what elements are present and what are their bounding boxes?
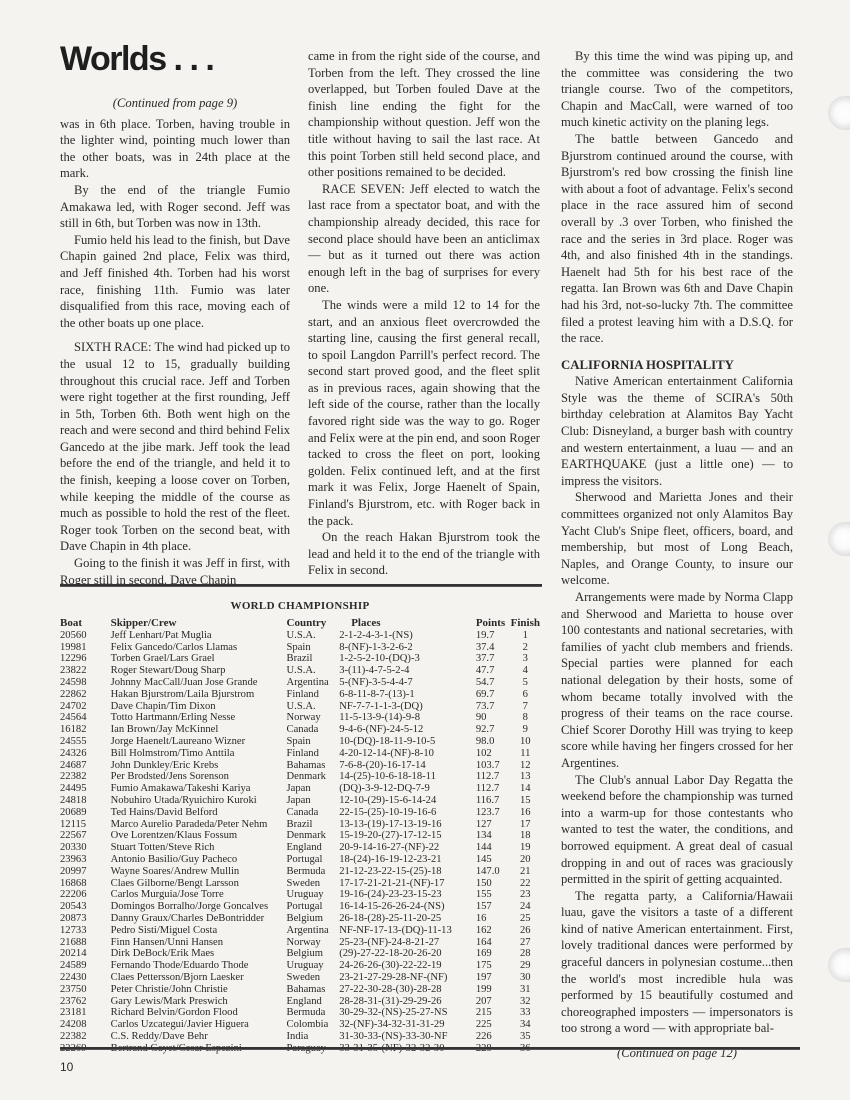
country-cell: Bahamas — [287, 760, 340, 772]
table-row: 20330Stuart Totten/Steve RichEngland20-9… — [60, 842, 540, 854]
points-cell: 16 — [476, 913, 511, 925]
places-cell: 21-12-23-22-15-(25)-18 — [339, 866, 476, 878]
finish-cell: 1 — [511, 630, 540, 642]
article-column-3: By this time the wind was piping up, and… — [561, 48, 793, 1062]
table-row: 23963Antonio Basilio/Guy PachecoPortugal… — [60, 854, 540, 866]
finish-cell: 16 — [511, 807, 540, 819]
binder-hole — [828, 522, 850, 556]
places-cell: (29)-27-22-18-20-26-20 — [339, 948, 476, 960]
places-cell: 1-2-5-2-10-(DQ)-3 — [339, 653, 476, 665]
table-row: 19981Felix Gancedo/Carlos LlamasSpain8-(… — [60, 642, 540, 654]
skipper-crew-cell: Nobuhiro Utada/Ryuichiro Kuroki — [111, 795, 287, 807]
table-row: 23750Peter Christie/John ChristieBahamas… — [60, 984, 540, 996]
skipper-crew-cell: Ted Hains/David Belford — [111, 807, 287, 819]
finish-cell: 5 — [511, 677, 540, 689]
places-cell: 3-(11)-4-7-5-2-4 — [339, 665, 476, 677]
finish-cell: 11 — [511, 748, 540, 760]
boat-number-cell: 22430 — [60, 972, 111, 984]
country-cell: Finland — [287, 748, 340, 760]
finish-cell: 20 — [511, 854, 540, 866]
points-cell: 162 — [476, 925, 511, 937]
points-cell: 69.7 — [476, 689, 511, 701]
table-row: 20689Ted Hains/David BelfordCanada22-15-… — [60, 807, 540, 819]
country-cell: Portugal — [287, 901, 340, 913]
results-table-title: WORLD CHAMPIONSHIP — [60, 600, 540, 612]
finish-cell: 13 — [511, 771, 540, 783]
country-cell: Norway — [287, 937, 340, 949]
results-table-block: WORLD CHAMPIONSHIP Boat Skipper/Crew Cou… — [60, 600, 540, 1054]
finish-cell: 17 — [511, 819, 540, 831]
points-cell: 102 — [476, 748, 511, 760]
country-cell: Uruguay — [287, 889, 340, 901]
boat-number-cell: 23181 — [60, 1007, 111, 1019]
places-cell: 14-(25)-10-6-18-18-11 — [339, 771, 476, 783]
country-cell: Belgium — [287, 913, 340, 925]
skipper-crew-cell: Antonio Basilio/Guy Pacheco — [111, 854, 287, 866]
boat-number-cell: 23750 — [60, 984, 111, 996]
finish-cell: 4 — [511, 665, 540, 677]
country-cell: Japan — [287, 795, 340, 807]
skipper-crew-cell: C.S. Reddy/Dave Behr — [111, 1031, 287, 1043]
skipper-crew-cell: Carlos Murguia/Jose Torre — [111, 889, 287, 901]
country-cell: India — [287, 1031, 340, 1043]
skipper-crew-cell: Peter Christie/John Christie — [111, 984, 287, 996]
places-cell: 12-10-(29)-15-6-14-24 — [339, 795, 476, 807]
table-row: 20214Dirk DeBock/Erik MaesBelgium(29)-27… — [60, 948, 540, 960]
country-cell: Sweden — [287, 972, 340, 984]
country-cell: Uruguay — [287, 960, 340, 972]
boat-number-cell: 24598 — [60, 677, 111, 689]
country-cell: Belgium — [287, 948, 340, 960]
places-cell: 13-13-(19)-17-13-19-16 — [339, 819, 476, 831]
places-cell: 2-1-2-4-3-1-(NS) — [339, 630, 476, 642]
skipper-crew-cell: Marco Aurelio Paradeda/Peter Nehm — [111, 819, 287, 831]
skipper-crew-cell: Per Brodsted/Jens Sorenson — [111, 771, 287, 783]
boat-number-cell: 22206 — [60, 889, 111, 901]
country-cell: Brazil — [287, 653, 340, 665]
places-cell: 10-(DQ)-18-11-9-10-5 — [339, 736, 476, 748]
paragraph: On the reach Hakan Bjurstrom took the le… — [308, 529, 540, 579]
places-cell: 18-(24)-16-19-12-23-21 — [339, 854, 476, 866]
article-column-1: (Continued from page 9) was in 6th place… — [60, 95, 290, 588]
country-cell: Sweden — [287, 878, 340, 890]
boat-number-cell: 20330 — [60, 842, 111, 854]
places-cell: 24-26-26-(30)-22-22-19 — [339, 960, 476, 972]
continued-from-note: (Continued from page 9) — [60, 95, 290, 112]
boat-number-cell: 16868 — [60, 878, 111, 890]
skipper-crew-cell: Stuart Totten/Steve Rich — [111, 842, 287, 854]
places-cell: 20-9-14-16-27-(NF)-22 — [339, 842, 476, 854]
section-subheading: CALIFORNIA HOSPITALITY — [561, 357, 793, 374]
page-number: 10 — [60, 1060, 73, 1074]
table-row: 22567Ove Lorentzen/Klaus FossumDenmark15… — [60, 830, 540, 842]
finish-cell: 14 — [511, 783, 540, 795]
points-cell: 98.0 — [476, 736, 511, 748]
places-cell: NF-NF-17-13-(DQ)-11-13 — [339, 925, 476, 937]
skipper-crew-cell: Ian Brown/Jay McKinnel — [111, 724, 287, 736]
table-row: 20543Domingos Borralho/Jorge GoncalvesPo… — [60, 901, 540, 913]
points-cell: 37.4 — [476, 642, 511, 654]
table-row: 24208Carlos Uzcategui/Javier HigueraColo… — [60, 1019, 540, 1031]
country-cell: Japan — [287, 783, 340, 795]
boat-number-cell: 24818 — [60, 795, 111, 807]
finish-cell: 3 — [511, 653, 540, 665]
skipper-crew-cell: Torben Grael/Lars Grael — [111, 653, 287, 665]
skipper-crew-cell: Bill Holmstrom/Timo Anttila — [111, 748, 287, 760]
header-places: Places — [339, 618, 476, 630]
places-cell: 16-14-15-26-26-24-(NS) — [339, 901, 476, 913]
boat-number-cell: 20214 — [60, 948, 111, 960]
table-row: 22382C.S. Reddy/Dave BehrIndia31-30-33-(… — [60, 1031, 540, 1043]
finish-cell: 28 — [511, 948, 540, 960]
places-cell: 31-30-33-(NS)-33-30-NF — [339, 1031, 476, 1043]
places-cell: 9-4-6-(NF)-24-5-12 — [339, 724, 476, 736]
table-row: 20560Jeff Lenhart/Pat MugliaU.S.A.2-1-2-… — [60, 630, 540, 642]
table-row: 24564Totto Hartmann/Erling NesseNorway11… — [60, 712, 540, 724]
places-cell: 30-29-32-(NS)-25-27-NS — [339, 1007, 476, 1019]
places-cell: (DQ)-3-9-12-DQ-7-9 — [339, 783, 476, 795]
boat-number-cell: 19981 — [60, 642, 111, 654]
article-column-2: came in from the right side of the cours… — [308, 48, 540, 579]
boat-number-cell: 24589 — [60, 960, 111, 972]
skipper-crew-cell: Domingos Borralho/Jorge Goncalves — [111, 901, 287, 913]
finish-cell: 21 — [511, 866, 540, 878]
points-cell: 226 — [476, 1031, 511, 1043]
places-cell: 28-28-31-(31)-29-29-26 — [339, 996, 476, 1008]
places-cell: 25-23-(NF)-24-8-21-27 — [339, 937, 476, 949]
points-cell: 47.7 — [476, 665, 511, 677]
finish-cell: 10 — [511, 736, 540, 748]
table-row: 12115Marco Aurelio Paradeda/Peter NehmBr… — [60, 819, 540, 831]
boat-number-cell: 22382 — [60, 771, 111, 783]
table-row: 23822Roger Stewart/Doug SharpU.S.A.3-(11… — [60, 665, 540, 677]
table-row: 12296Torben Grael/Lars GraelBrazil1-2-5-… — [60, 653, 540, 665]
points-cell: 155 — [476, 889, 511, 901]
places-cell: 7-6-8-(20)-16-17-14 — [339, 760, 476, 772]
skipper-crew-cell: Gary Lewis/Mark Preswich — [111, 996, 287, 1008]
boat-number-cell: 20997 — [60, 866, 111, 878]
paragraph: The regatta party, a California/Hawaii l… — [561, 888, 793, 1037]
points-cell: 207 — [476, 996, 511, 1008]
finish-cell: 18 — [511, 830, 540, 842]
skipper-crew-cell: Claes Pettersson/Bjorn Laesker — [111, 972, 287, 984]
boat-number-cell: 20543 — [60, 901, 111, 913]
points-cell: 145 — [476, 854, 511, 866]
table-row: 23181Richard Belvin/Gordon FloodBermuda3… — [60, 1007, 540, 1019]
skipper-crew-cell: Hakan Bjurstrom/Laila Bjurstrom — [111, 689, 287, 701]
results-table: Boat Skipper/Crew Country Places Points … — [60, 618, 540, 1054]
skipper-crew-cell: Carlos Uzcategui/Javier Higuera — [111, 1019, 287, 1031]
country-cell: Norway — [287, 712, 340, 724]
paragraph: Sherwood and Marietta Jones and their co… — [561, 489, 793, 589]
places-cell: 32-(NF)-34-32-31-31-29 — [339, 1019, 476, 1031]
skipper-crew-cell: Dirk DeBock/Erik Maes — [111, 948, 287, 960]
country-cell: England — [287, 842, 340, 854]
points-cell: 150 — [476, 878, 511, 890]
boat-number-cell: 12733 — [60, 925, 111, 937]
skipper-crew-cell: Fernando Thode/Eduardo Thode — [111, 960, 287, 972]
table-row: 24702Dave Chapin/Tim DixonU.S.A.NF-7-7-1… — [60, 701, 540, 713]
skipper-crew-cell: Johnny MacCall/Juan Jose Grande — [111, 677, 287, 689]
skipper-crew-cell: Claes Gilborne/Bengt Larsson — [111, 878, 287, 890]
table-row: 24495Fumio Amakawa/Takeshi KariyaJapan(D… — [60, 783, 540, 795]
skipper-crew-cell: Pedro Sisti/Miguel Costa — [111, 925, 287, 937]
finish-cell: 29 — [511, 960, 540, 972]
finish-cell: 32 — [511, 996, 540, 1008]
finish-cell: 8 — [511, 712, 540, 724]
finish-cell: 2 — [511, 642, 540, 654]
table-row: 16182Ian Brown/Jay McKinnelCanada9-4-6-(… — [60, 724, 540, 736]
country-cell: Canada — [287, 807, 340, 819]
country-cell: Denmark — [287, 830, 340, 842]
places-cell: 5-(NF)-3-5-4-4-7 — [339, 677, 476, 689]
finish-cell: 27 — [511, 937, 540, 949]
points-cell: 54.7 — [476, 677, 511, 689]
boat-number-cell: 24326 — [60, 748, 111, 760]
boat-number-cell: 23822 — [60, 665, 111, 677]
points-cell: 199 — [476, 984, 511, 996]
boat-number-cell: 20873 — [60, 913, 111, 925]
table-row: 24687John Dunkley/Eric KrebsBahamas7-6-8… — [60, 760, 540, 772]
boat-number-cell: 24495 — [60, 783, 111, 795]
paragraph: was in 6th place. Torben, having trouble… — [60, 116, 290, 182]
country-cell: Bermuda — [287, 1007, 340, 1019]
finish-cell: 12 — [511, 760, 540, 772]
skipper-crew-cell: Danny Graux/Charles DeBontridder — [111, 913, 287, 925]
finish-cell: 33 — [511, 1007, 540, 1019]
skipper-crew-cell: Wayne Soares/Andrew Mullin — [111, 866, 287, 878]
places-cell: 27-22-30-28-(30)-28-28 — [339, 984, 476, 996]
boat-number-cell: 22382 — [60, 1031, 111, 1043]
paragraph: Fumio held his lead to the finish, but D… — [60, 232, 290, 332]
boat-number-cell: 22862 — [60, 689, 111, 701]
places-cell: 6-8-11-8-7-(13)-1 — [339, 689, 476, 701]
paragraph: came in from the right side of the cours… — [308, 48, 540, 181]
table-row: 20997Wayne Soares/Andrew MullinBermuda21… — [60, 866, 540, 878]
boat-number-cell: 16182 — [60, 724, 111, 736]
table-row: 24818Nobuhiro Utada/Ryuichiro KurokiJapa… — [60, 795, 540, 807]
paragraph: Native American entertainment California… — [561, 373, 793, 489]
paragraph: RACE SEVEN: Jeff elected to watch the la… — [308, 181, 540, 297]
finish-cell: 35 — [511, 1031, 540, 1043]
points-cell: 73.7 — [476, 701, 511, 713]
country-cell: Bermuda — [287, 866, 340, 878]
points-cell: 175 — [476, 960, 511, 972]
country-cell: U.S.A. — [287, 701, 340, 713]
boat-number-cell: 24555 — [60, 736, 111, 748]
places-cell: 8-(NF)-1-3-2-6-2 — [339, 642, 476, 654]
skipper-crew-cell: Fumio Amakawa/Takeshi Kariya — [111, 783, 287, 795]
points-cell: 37.7 — [476, 653, 511, 665]
country-cell: Brazil — [287, 819, 340, 831]
country-cell: Finland — [287, 689, 340, 701]
finish-cell: 30 — [511, 972, 540, 984]
country-cell: Bahamas — [287, 984, 340, 996]
header-finish: Finish — [511, 618, 540, 630]
points-cell: 19.7 — [476, 630, 511, 642]
finish-cell: 9 — [511, 724, 540, 736]
paragraph: The battle between Gancedo and Bjurstrom… — [561, 131, 793, 347]
points-cell: 147.0 — [476, 866, 511, 878]
points-cell: 127 — [476, 819, 511, 831]
finish-cell: 6 — [511, 689, 540, 701]
boat-number-cell: 12296 — [60, 653, 111, 665]
points-cell: 112.7 — [476, 783, 511, 795]
country-cell: U.S.A. — [287, 665, 340, 677]
results-table-body: 20560Jeff Lenhart/Pat MugliaU.S.A.2-1-2-… — [60, 630, 540, 1055]
skipper-crew-cell: Roger Stewart/Doug Sharp — [111, 665, 287, 677]
finish-cell: 15 — [511, 795, 540, 807]
boat-number-cell: 24687 — [60, 760, 111, 772]
finish-cell: 34 — [511, 1019, 540, 1031]
page-bottom-rule — [60, 1047, 800, 1050]
paragraph: SIXTH RACE: The wind had picked up to th… — [60, 339, 290, 555]
article-title: Worlds . . . — [60, 40, 213, 79]
paragraph: The winds were a mild 12 to 14 for the s… — [308, 297, 540, 529]
places-cell: 17-17-21-21-21-(NF)-17 — [339, 878, 476, 890]
table-row: 21688Finn Hansen/Unni HansenNorway25-23-… — [60, 937, 540, 949]
paragraph: By the end of the triangle Fumio Amakawa… — [60, 182, 290, 232]
places-cell: 19-16-(24)-23-23-15-23 — [339, 889, 476, 901]
boat-number-cell: 23963 — [60, 854, 111, 866]
country-cell: Spain — [287, 642, 340, 654]
paragraph: Arrangements were made by Norma Clapp an… — [561, 589, 793, 772]
points-cell: 169 — [476, 948, 511, 960]
finish-cell: 24 — [511, 901, 540, 913]
points-cell: 103.7 — [476, 760, 511, 772]
country-cell: England — [287, 996, 340, 1008]
table-row: 24326Bill Holmstrom/Timo AnttilaFinland4… — [60, 748, 540, 760]
points-cell: 225 — [476, 1019, 511, 1031]
table-row: 16868Claes Gilborne/Bengt LarssonSweden1… — [60, 878, 540, 890]
country-cell: U.S.A. — [287, 630, 340, 642]
paragraph: By this time the wind was piping up, and… — [561, 48, 793, 131]
points-cell: 112.7 — [476, 771, 511, 783]
skipper-crew-cell: Jorge Haenelt/Laureano Wizner — [111, 736, 287, 748]
country-cell: Colombia — [287, 1019, 340, 1031]
boat-number-cell: 24702 — [60, 701, 111, 713]
skipper-crew-cell: Ove Lorentzen/Klaus Fossum — [111, 830, 287, 842]
skipper-crew-cell: Jeff Lenhart/Pat Muglia — [111, 630, 287, 642]
points-cell: 123.7 — [476, 807, 511, 819]
places-cell: 15-19-20-(27)-17-12-15 — [339, 830, 476, 842]
header-country: Country — [287, 618, 340, 630]
country-cell: Argentina — [287, 677, 340, 689]
header-skipper-crew: Skipper/Crew — [111, 618, 287, 630]
finish-cell: 25 — [511, 913, 540, 925]
country-cell: Portugal — [287, 854, 340, 866]
skipper-crew-cell: Richard Belvin/Gordon Flood — [111, 1007, 287, 1019]
paragraph: The Club's annual Labor Day Regatta the … — [561, 772, 793, 888]
skipper-crew-cell: Dave Chapin/Tim Dixon — [111, 701, 287, 713]
table-row: 24598Johnny MacCall/Juan Jose GrandeArge… — [60, 677, 540, 689]
table-row: 24555Jorge Haenelt/Laureano WiznerSpain1… — [60, 736, 540, 748]
binder-hole — [828, 948, 850, 982]
magazine-page: Worlds . . . (Continued from page 9) was… — [0, 0, 850, 1100]
points-cell: 134 — [476, 830, 511, 842]
table-row: 22206Carlos Murguia/Jose TorreUruguay19-… — [60, 889, 540, 901]
finish-cell: 7 — [511, 701, 540, 713]
table-top-rule — [60, 584, 542, 587]
boat-number-cell: 20689 — [60, 807, 111, 819]
boat-number-cell: 23762 — [60, 996, 111, 1008]
skipper-crew-cell: Totto Hartmann/Erling Nesse — [111, 712, 287, 724]
places-cell: 22-15-(25)-10-19-16-6 — [339, 807, 476, 819]
places-cell: 4-20-12-14-(NF)-8-10 — [339, 748, 476, 760]
places-cell: 26-18-(28)-25-11-20-25 — [339, 913, 476, 925]
skipper-crew-cell: John Dunkley/Eric Krebs — [111, 760, 287, 772]
table-row: 12733Pedro Sisti/Miguel CostaArgentinaNF… — [60, 925, 540, 937]
table-row: 20873Danny Graux/Charles DeBontridderBel… — [60, 913, 540, 925]
country-cell: Spain — [287, 736, 340, 748]
skipper-crew-cell: Felix Gancedo/Carlos Llamas — [111, 642, 287, 654]
boat-number-cell: 22567 — [60, 830, 111, 842]
points-cell: 144 — [476, 842, 511, 854]
places-cell: 11-5-13-9-(14)-9-8 — [339, 712, 476, 724]
table-row: 23762Gary Lewis/Mark PreswichEngland28-2… — [60, 996, 540, 1008]
boat-number-cell: 24208 — [60, 1019, 111, 1031]
header-boat: Boat — [60, 618, 111, 630]
points-cell: 215 — [476, 1007, 511, 1019]
points-cell: 157 — [476, 901, 511, 913]
boat-number-cell: 24564 — [60, 712, 111, 724]
skipper-crew-cell: Finn Hansen/Unni Hansen — [111, 937, 287, 949]
table-row: 24589Fernando Thode/Eduardo ThodeUruguay… — [60, 960, 540, 972]
finish-cell: 23 — [511, 889, 540, 901]
table-row: 22862Hakan Bjurstrom/Laila BjurstromFinl… — [60, 689, 540, 701]
country-cell: Argentina — [287, 925, 340, 937]
points-cell: 197 — [476, 972, 511, 984]
points-cell: 164 — [476, 937, 511, 949]
places-cell: 23-21-27-29-28-NF-(NF) — [339, 972, 476, 984]
points-cell: 92.7 — [476, 724, 511, 736]
table-row: 22430Claes Pettersson/Bjorn LaeskerSwede… — [60, 972, 540, 984]
boat-number-cell: 12115 — [60, 819, 111, 831]
finish-cell: 22 — [511, 878, 540, 890]
finish-cell: 19 — [511, 842, 540, 854]
boat-number-cell: 20560 — [60, 630, 111, 642]
table-row: 22382Per Brodsted/Jens SorensonDenmark14… — [60, 771, 540, 783]
finish-cell: 26 — [511, 925, 540, 937]
binder-hole — [828, 96, 850, 130]
places-cell: NF-7-7-1-1-3-(DQ) — [339, 701, 476, 713]
header-points: Points — [476, 618, 511, 630]
boat-number-cell: 21688 — [60, 937, 111, 949]
country-cell: Canada — [287, 724, 340, 736]
finish-cell: 31 — [511, 984, 540, 996]
country-cell: Denmark — [287, 771, 340, 783]
points-cell: 90 — [476, 712, 511, 724]
points-cell: 116.7 — [476, 795, 511, 807]
table-header-row: Boat Skipper/Crew Country Places Points … — [60, 618, 540, 630]
